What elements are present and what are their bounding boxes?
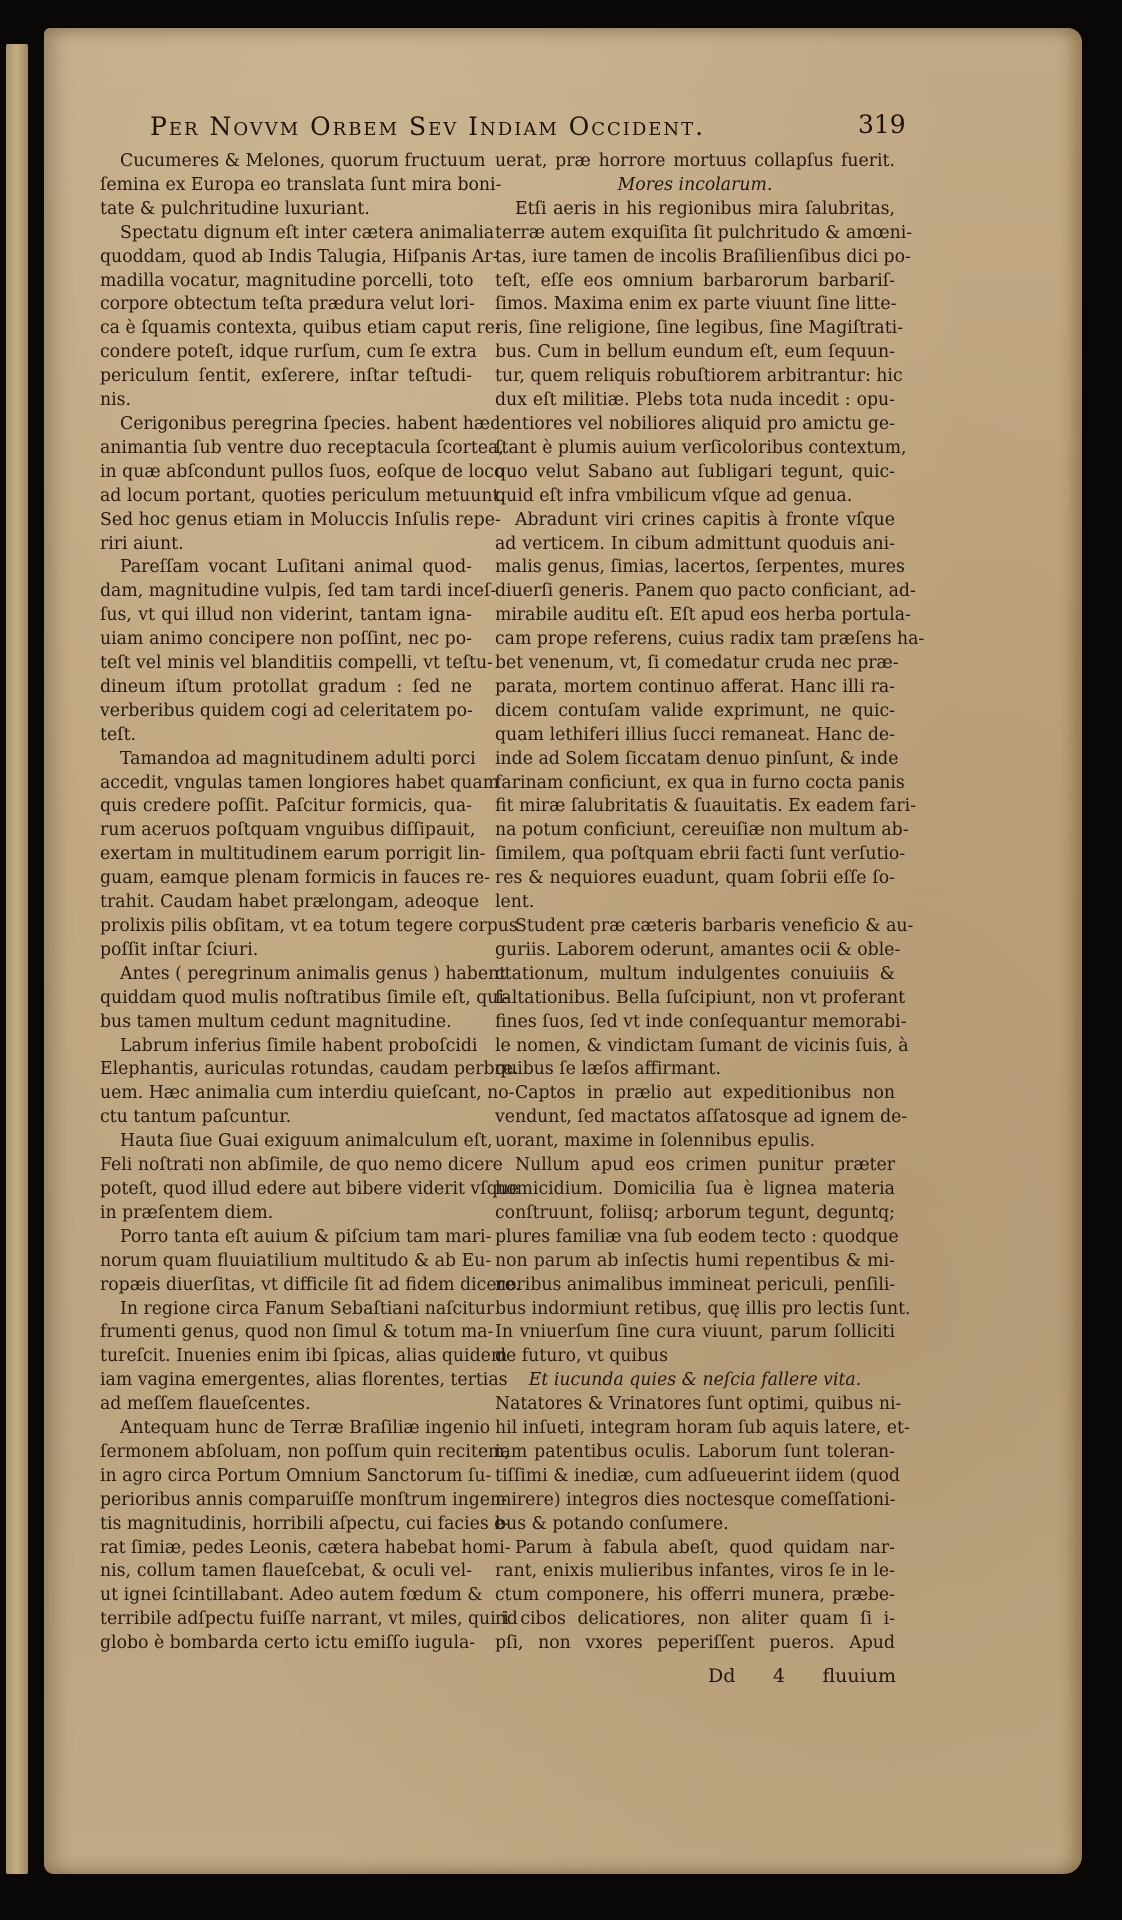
text-line: ſaltationibus. Bella ſuſcipiunt, non vt … xyxy=(495,987,895,1011)
text-line: In regione circa Fanum Sebaſtiani naſcit… xyxy=(100,1298,472,1322)
text-line: ſimos. Maxima enim ex parte viuunt ſine … xyxy=(495,293,895,317)
text-line: Natatores & Vrinatores ſunt optimi, quib… xyxy=(495,1393,895,1417)
text-line: lentiores vel nobiliores aliquid pro ami… xyxy=(495,413,895,437)
text-line: nis, collum tamen flaueſcebat, & oculi v… xyxy=(100,1560,472,1584)
text-line: ri cibos delicatiores, non aliter quam ſ… xyxy=(495,1608,895,1632)
text-line: tas, iure tamen de incolis Braſilienſibu… xyxy=(495,246,895,270)
text-line: de futuro, vt quibus xyxy=(495,1345,895,1369)
text-line: tis magnitudinis, horribili aſpectu, cui… xyxy=(100,1513,472,1537)
right-text-column: uerat, præ horrore mortuus collapſus fue… xyxy=(495,150,895,1656)
text-line: Feli noſtrati non abſimile, de quo nemo … xyxy=(100,1154,472,1178)
text-line: fit miræ ſalubritatis & ſuauitatis. Ex e… xyxy=(495,795,895,819)
text-line: vendunt, ſed mactatos aſſatosque ad igne… xyxy=(495,1106,895,1130)
text-line: quam lethiferi illius ſucci remaneat. Ha… xyxy=(495,724,895,748)
text-line: quo velut Sabano aut ſubligari tegunt, q… xyxy=(495,461,895,485)
text-line: In vniuerſum ſine cura viuunt, parum ſol… xyxy=(495,1321,895,1345)
text-line: ris, ſine religione, ſine legibus, ſine … xyxy=(495,317,895,341)
text-line: Pareſſam vocant Luſitani animal quod- xyxy=(100,556,472,580)
text-line: tate & pulchritudine luxuriant. xyxy=(100,198,472,222)
text-line: inde ad Solem ſiccatam denuo pinſunt, & … xyxy=(495,748,895,772)
text-line: uiam animo concipere non poſſint, nec po… xyxy=(100,628,472,652)
page-number: 319 xyxy=(858,110,906,139)
text-line: plures familiæ vna ſub eodem tecto : quo… xyxy=(495,1226,895,1250)
text-line: bus. Cum in bellum eundum eſt, eum ſequu… xyxy=(495,341,895,365)
text-line: ctu tantum paſcuntur. xyxy=(100,1106,472,1130)
text-line: res & nequiores euadunt, quam ſobrii eſſ… xyxy=(495,867,895,891)
text-line: Nullum apud eos crimen punitur præter xyxy=(495,1154,895,1178)
text-line: norum quam fluuiatilium multitudo & ab E… xyxy=(100,1250,472,1274)
text-line: teſt vel minis vel blanditiis compelli, … xyxy=(100,652,472,676)
text-line: tiſſimi & inediæ, cum adſueuerint iidem … xyxy=(495,1465,895,1489)
text-line: verberibus quidem cogi ad celeritatem po… xyxy=(100,700,472,724)
text-line: globo è bombarda certo ictu emiſſo iugul… xyxy=(100,1632,472,1656)
text-line: pſi, non vxores peperiſſent pueros. Apud xyxy=(495,1632,895,1656)
text-line: ſus, vt qui illud non viderint, tantam i… xyxy=(100,604,472,628)
text-line: ad meſſem flaueſcentes. xyxy=(100,1393,472,1417)
text-line: fines ſuos, ſed vt inde conſequantur mem… xyxy=(495,1011,895,1035)
text-line: animantia ſub ventre duo receptacula ſco… xyxy=(100,437,472,461)
text-line: diuerſi generis. Panem quo pacto confici… xyxy=(495,580,895,604)
text-line: hil inſueti, integram horam ſub aquis la… xyxy=(495,1417,895,1441)
text-line: riri aiunt. xyxy=(100,533,472,557)
text-line: nis. xyxy=(100,389,472,413)
page-footer: Dd 4 fluuium xyxy=(708,1665,896,1687)
text-line: dicem contuſam valide exprimunt, ne quic… xyxy=(495,700,895,724)
section-heading: Et iucunda quies & neſcia fallere vita. xyxy=(495,1369,895,1393)
text-line: cam prope referens, cuius radix tam præſ… xyxy=(495,628,895,652)
text-line: madilla vocatur, magnitudine porcelli, t… xyxy=(100,270,472,294)
text-line: ad locum portant, quoties periculum metu… xyxy=(100,485,472,509)
text-line: frumenti genus, quod non ſimul & totum m… xyxy=(100,1321,472,1345)
text-line: ſimilem, qua poſtquam ebrii facti ſunt v… xyxy=(495,843,895,867)
text-line: ropæis diuerſitas, vt difficile ſit ad f… xyxy=(100,1274,472,1298)
text-line: ctum componere, his offerri munera, præb… xyxy=(495,1584,895,1608)
text-line: bus & potando conſumere. xyxy=(495,1513,895,1537)
text-line: Tamandoa ad magnitudinem adulti porci xyxy=(100,748,472,772)
text-line: Porro tanta eſt auium & piſcium tam mari… xyxy=(100,1226,472,1250)
text-line: Abradunt viri crines capitis à fronte vſ… xyxy=(495,509,895,533)
text-line: Student præ cæteris barbaris veneficio &… xyxy=(495,915,895,939)
text-line: rum aceruos poſtquam vnguibus diſſipauit… xyxy=(100,819,472,843)
text-line: le nomen, & vindictam ſumant de vicinis … xyxy=(495,1035,895,1059)
text-line: parata, mortem continuo afferat. Hanc il… xyxy=(495,676,895,700)
text-line: ſtant è plumis auium verſicoloribus cont… xyxy=(495,437,895,461)
text-line: ut ignei ſcintillabant. Adeo autem fœdum… xyxy=(100,1584,472,1608)
signature-mark: Dd xyxy=(708,1665,735,1687)
text-line: noribus animalibus immineat periculi, pe… xyxy=(495,1274,895,1298)
text-line: mirere) integros dies noctesque comeſſat… xyxy=(495,1489,895,1513)
text-line: poſſit inſtar ſciuri. xyxy=(100,939,472,963)
text-line: Sed hoc genus etiam in Moluccis Inſulis … xyxy=(100,509,472,533)
text-line: ca è ſquamis contexta, quibus etiam capu… xyxy=(100,317,472,341)
text-line: non parum ab inſectis humi repentibus & … xyxy=(495,1250,895,1274)
text-line: periculum ſentit, exſerere, inſtar teſtu… xyxy=(100,365,472,389)
text-line: rat ſimiæ, pedes Leonis, cætera habebat … xyxy=(100,1537,472,1561)
text-line: Captos in prælio aut expeditionibus non xyxy=(495,1082,895,1106)
text-line: dam, magnitudine vulpis, ſed tam tardi i… xyxy=(100,580,472,604)
text-line: teſt, eſſe eos omnium barbarorum barbari… xyxy=(495,270,895,294)
text-line: na potum conficiunt, cereuiſiæ non multu… xyxy=(495,819,895,843)
text-line: iam vagina emergentes, alias florentes, … xyxy=(100,1369,472,1393)
text-line: ad verticem. In cibum admittunt quoduis … xyxy=(495,533,895,557)
text-line: quoddam, quod ab Indis Talugia, Hiſpanis… xyxy=(100,246,472,270)
text-line: Parum à fabula abeſt, quod quidam nar- xyxy=(495,1537,895,1561)
text-line: perioribus annis comparuiſſe monſtrum in… xyxy=(100,1489,472,1513)
text-line: ſermonem abſoluam, non poſſum quin recit… xyxy=(100,1441,472,1465)
text-line: iam patentibus oculis. Laborum ſunt tole… xyxy=(495,1441,895,1465)
text-line: poteſt, quod illud edere aut bibere vide… xyxy=(100,1178,472,1202)
text-line: trahit. Caudam habet prælongam, adeoque xyxy=(100,891,472,915)
previous-page-edge xyxy=(6,44,28,1874)
text-line: quibus ſe læſos affirmant. xyxy=(495,1058,895,1082)
text-line: conſtruunt, foliisq; arborum tegunt, deg… xyxy=(495,1202,895,1226)
text-line: accedit, vngulas tamen longiores habet q… xyxy=(100,772,472,796)
text-line: Hauta ſiue Guai exiguum animalculum eſt, xyxy=(100,1130,472,1154)
text-line: lent. xyxy=(495,891,895,915)
text-line: dineum iſtum protollat gradum : ſed ne xyxy=(100,676,472,700)
text-line: mirabile auditu eſt. Eſt apud eos herba … xyxy=(495,604,895,628)
text-line: malis genus, ſimias, lacertos, ſerpentes… xyxy=(495,556,895,580)
text-line: corpore obtectum teſta prædura velut lor… xyxy=(100,293,472,317)
text-line: uerat, præ horrore mortuus collapſus fue… xyxy=(495,150,895,174)
section-heading: Mores incolarum. xyxy=(495,174,895,198)
text-line: guriis. Laborem oderunt, amantes ocii & … xyxy=(495,939,895,963)
text-line: uem. Hæc animalia cum interdiu quieſcant… xyxy=(100,1082,472,1106)
catchword: fluuium xyxy=(823,1665,896,1687)
text-line: Elephantis, auriculas rotundas, caudam p… xyxy=(100,1058,472,1082)
text-line: in quæ abſcondunt pullos ſuos, eoſque de… xyxy=(100,461,472,485)
text-line: farinam conficiunt, ex qua in furno coct… xyxy=(495,772,895,796)
text-line: Antes ( peregrinum animalis genus ) habe… xyxy=(100,963,472,987)
text-line: Spectatu dignum eſt inter cætera animali… xyxy=(100,222,472,246)
text-line: in præſentem diem. xyxy=(100,1202,472,1226)
text-line: quid eſt infra vmbilicum vſque ad genua. xyxy=(495,485,895,509)
text-line: Etſi aeris in his regionibus mira ſalubr… xyxy=(495,198,895,222)
text-line: tur, quem reliquis robuſtiorem arbitrant… xyxy=(495,365,895,389)
text-line: uorant, maxime in ſolennibus epulis. xyxy=(495,1130,895,1154)
text-line: homicidium. Domicilia ſua è lignea mater… xyxy=(495,1178,895,1202)
signature-number: 4 xyxy=(773,1665,785,1687)
text-line: bus tamen multum cedunt magnitudine. xyxy=(100,1011,472,1035)
text-line: exertam in multitudinem earum porrigit l… xyxy=(100,843,472,867)
running-head: Per Novvm Orbem Sev Indiam Occident. xyxy=(150,112,910,141)
text-line: quiddam quod mulis noſtratibus ſimile eſ… xyxy=(100,987,472,1011)
text-line: ſemina ex Europa eo translata ſunt mira … xyxy=(100,174,472,198)
text-line: Cerigonibus peregrina ſpecies. habent hæ… xyxy=(100,413,472,437)
text-line: terribile adſpectu fuiſſe narrant, vt mi… xyxy=(100,1608,472,1632)
text-line: bus indormiunt retibus, quę illis pro le… xyxy=(495,1298,895,1322)
text-line: tureſcit. Inuenies enim ibi ſpicas, alia… xyxy=(100,1345,472,1369)
text-line: bet venenum, vt, ſi comedatur cruda nec … xyxy=(495,652,895,676)
text-line: ctationum, multum indulgentes conuiuiis … xyxy=(495,963,895,987)
text-line: Cucumeres & Melones, quorum fructuum xyxy=(100,150,472,174)
text-line: dux eſt militiæ. Plebs tota nuda incedit… xyxy=(495,389,895,413)
text-line: Antequam hunc de Terræ Braſiliæ ingenio xyxy=(100,1417,472,1441)
text-line: teſt. xyxy=(100,724,472,748)
text-line: Labrum inferius ſimile habent proboſcidi xyxy=(100,1035,472,1059)
text-line: rant, enixis mulieribus infantes, viros … xyxy=(495,1560,895,1584)
text-line: terræ autem exquiſita ſit pulchritudo & … xyxy=(495,222,895,246)
left-text-column: Cucumeres & Melones, quorum fructuumſemi… xyxy=(100,150,472,1656)
text-line: condere poteſt, idque rurſum, cum ſe ext… xyxy=(100,341,472,365)
text-line: quis credere poſſit. Paſcitur formicis, … xyxy=(100,795,472,819)
text-line: guam, eamque plenam formicis in fauces r… xyxy=(100,867,472,891)
text-line: in agro circa Portum Omnium Sanctorum ſu… xyxy=(100,1465,472,1489)
text-line: prolixis pilis obſitam, vt ea totum tege… xyxy=(100,915,472,939)
